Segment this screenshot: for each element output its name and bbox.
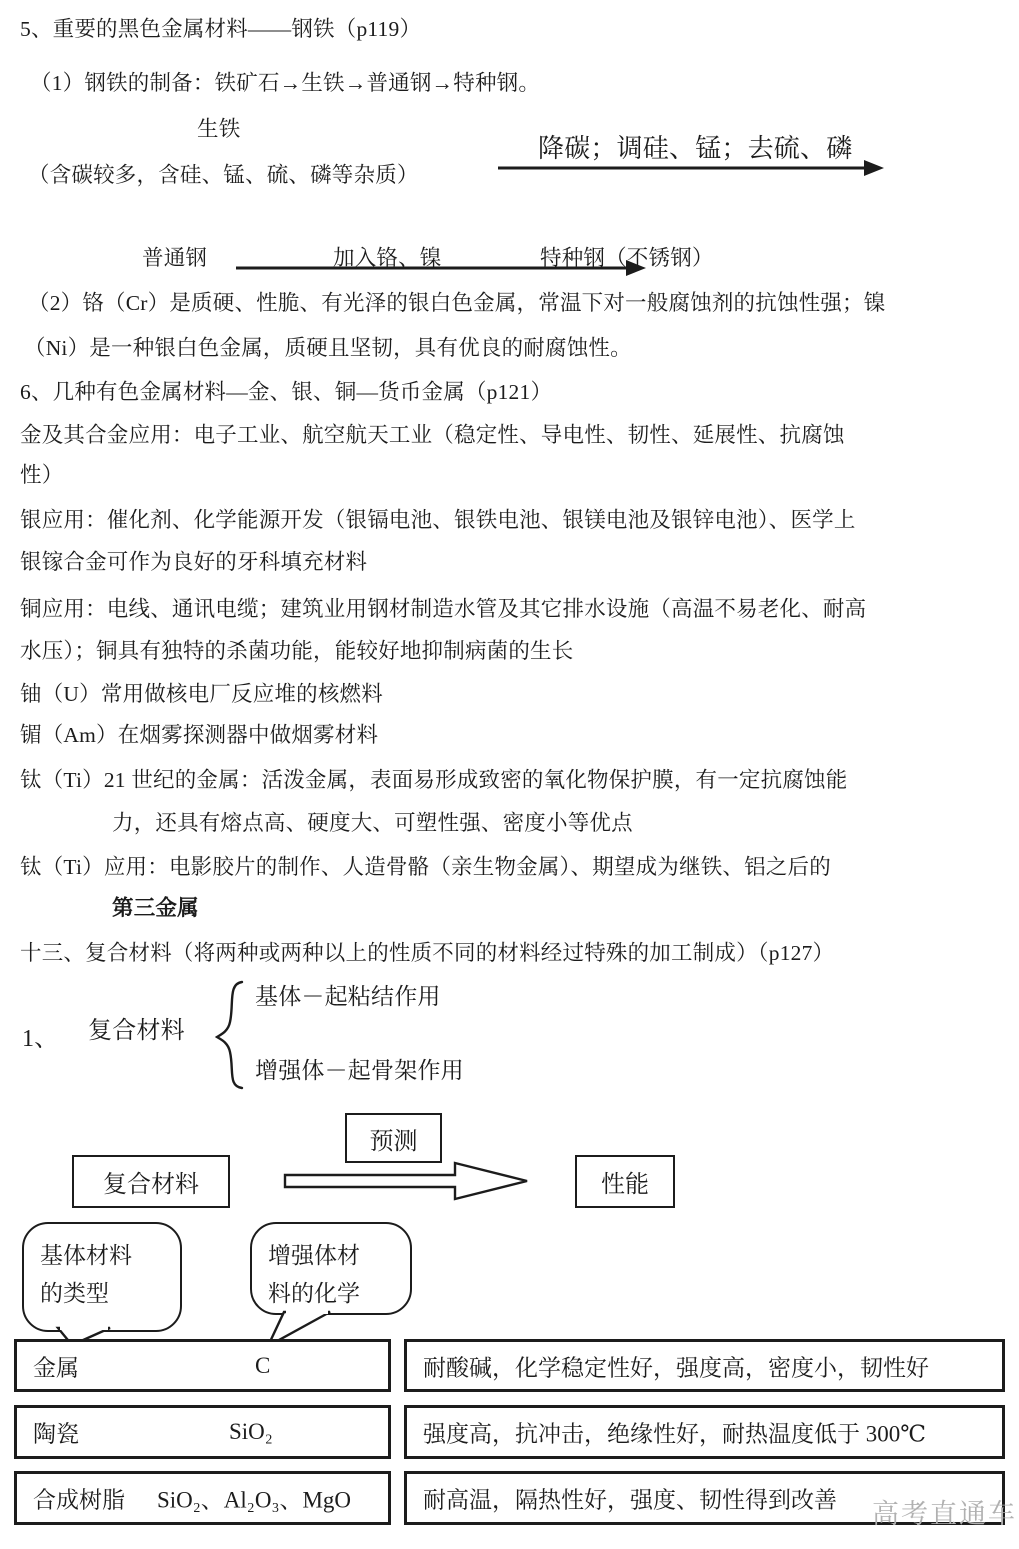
brace-icon bbox=[212, 980, 246, 1090]
material-name: 金属 bbox=[33, 1349, 79, 1382]
reinforcement-formula: SiO₂ bbox=[229, 1419, 273, 1445]
pig-iron-label: 生铁 bbox=[197, 112, 240, 143]
chromium-line1: （2）铬（Cr）是质硬、性脆、有光泽的银白色金属，常温下对一般腐蚀剂的抗蚀性强；… bbox=[28, 286, 885, 317]
brace-item-reinforcement: 增强体－起骨架作用 bbox=[255, 1052, 464, 1085]
right-arrow-icon bbox=[236, 258, 646, 276]
table-row3-material-cell: 合成树脂 SiO₂、Al₂O₃、MgO bbox=[14, 1471, 391, 1525]
properties-text: 耐酸碱，化学稳定性好，强度高，密度小，韧性好 bbox=[423, 1349, 929, 1382]
brace-item-matrix: 基体－起粘结作用 bbox=[255, 978, 441, 1011]
titanium-app-line2: 第三金属 bbox=[112, 891, 199, 922]
gold-line1: 金及其合金应用：电子工业、航空航天工业（稳定性、导电性、韧性、延展性、抗腐蚀 bbox=[20, 418, 845, 449]
steel-preparation-line: （1）钢铁的制备：铁矿石→生铁→普通钢→特种钢。 bbox=[30, 66, 540, 97]
predict-box: 预测 bbox=[345, 1113, 442, 1163]
copper-line1: 铜应用：电线、通讯电缆；建筑业用钢材制造水管及其它排水设施（高温不易老化、耐高 bbox=[20, 592, 866, 623]
item-number: 1、 bbox=[22, 1018, 58, 1053]
table-row2-material-cell: 陶瓷 SiO₂ bbox=[14, 1405, 391, 1459]
right-arrow-icon bbox=[498, 158, 884, 176]
reinforcement-chem-bubble: 增强体材 料的化学 bbox=[250, 1222, 412, 1315]
uranium-line: 铀（U）常用做核电厂反应堆的核燃料 bbox=[20, 677, 383, 708]
performance-label: 性能 bbox=[601, 1164, 649, 1199]
table-row2-properties-cell: 强度高，抗冲击，绝缘性好，耐热温度低于 300℃ bbox=[404, 1405, 1005, 1459]
table-row1-material-cell: 金属 C bbox=[14, 1339, 391, 1392]
reinforcement-chem-line2: 料的化学 bbox=[268, 1275, 410, 1313]
section13-title: 十三、复合材料（将两种或两种以上的性质不同的材料经过特殊的加工制成）（p127） bbox=[20, 936, 834, 967]
ordinary-steel-label: 普通钢 bbox=[142, 241, 207, 272]
pig-iron-note: （含碳较多，含硅、锰、硫、磷等杂质） bbox=[28, 158, 419, 189]
composite-box: 复合材料 bbox=[72, 1155, 230, 1208]
predict-label: 预测 bbox=[370, 1121, 418, 1156]
table-row1-properties-cell: 耐酸碱，化学稳定性好，强度高，密度小，韧性好 bbox=[404, 1339, 1005, 1392]
properties-text: 强度高，抗冲击，绝缘性好，耐热温度低于 300℃ bbox=[423, 1416, 926, 1449]
material-name: 合成树脂 bbox=[33, 1482, 125, 1515]
matrix-type-bubble: 基体材料 的类型 bbox=[22, 1222, 182, 1332]
titanium-app-line1: 钛（Ti）应用：电影胶片的制作、人造骨骼（亲生物金属）、期望成为继铁、铝之后的 bbox=[20, 850, 831, 881]
matrix-type-line2: 的类型 bbox=[40, 1275, 180, 1313]
reinforcement-formula: SiO₂、Al₂O₃、MgO bbox=[157, 1482, 351, 1515]
titanium-line2: 力，还具有熔点高、硬度大、可塑性强、密度小等优点 bbox=[112, 806, 633, 837]
section5-title: 5、重要的黑色金属材料——钢铁（p119） bbox=[20, 12, 421, 43]
americium-line: 镅（Am）在烟雾探测器中做烟雾材料 bbox=[20, 718, 378, 749]
titanium-line1: 钛（Ti）21 世纪的金属：活泼金属，表面易形成致密的氧化物保护膜，有一定抗腐蚀… bbox=[20, 763, 847, 794]
reinforcement-chem-line1: 增强体材 bbox=[268, 1237, 410, 1275]
composite-box-label: 复合材料 bbox=[103, 1164, 199, 1199]
watermark: 高考直通车 bbox=[872, 1492, 1017, 1531]
copper-line2: 水压）；铜具有独特的杀菌功能，能较好地抑制病菌的生长 bbox=[20, 634, 573, 665]
performance-box: 性能 bbox=[575, 1155, 675, 1208]
document-page: 5、重要的黑色金属材料——钢铁（p119） （1）钢铁的制备：铁矿石→生铁→普通… bbox=[0, 0, 1019, 1549]
silver-line2: 银镓合金可作为良好的牙科填充材料 bbox=[20, 545, 367, 576]
reinforcement-formula: C bbox=[255, 1353, 270, 1379]
composite-material-label: 复合材料 bbox=[88, 1010, 185, 1045]
chromium-line2: （Ni）是一种银白色金属，质硬且坚韧，具有优良的耐腐蚀性。 bbox=[24, 331, 632, 362]
matrix-type-line1: 基体材料 bbox=[40, 1237, 180, 1275]
properties-text: 耐高温，隔热性好，强度、韧性得到改善 bbox=[423, 1482, 837, 1515]
section6-title: 6、几种有色金属材料—金、银、铜—货币金属（p121） bbox=[20, 375, 552, 406]
material-name: 陶瓷 bbox=[33, 1416, 79, 1449]
gold-line2: 性） bbox=[20, 458, 63, 489]
silver-line1: 银应用：催化剂、化学能源开发（银镉电池、银铁电池、银镁电池及银锌电池）、医学上 bbox=[20, 503, 856, 534]
hollow-arrow-icon bbox=[283, 1160, 531, 1202]
